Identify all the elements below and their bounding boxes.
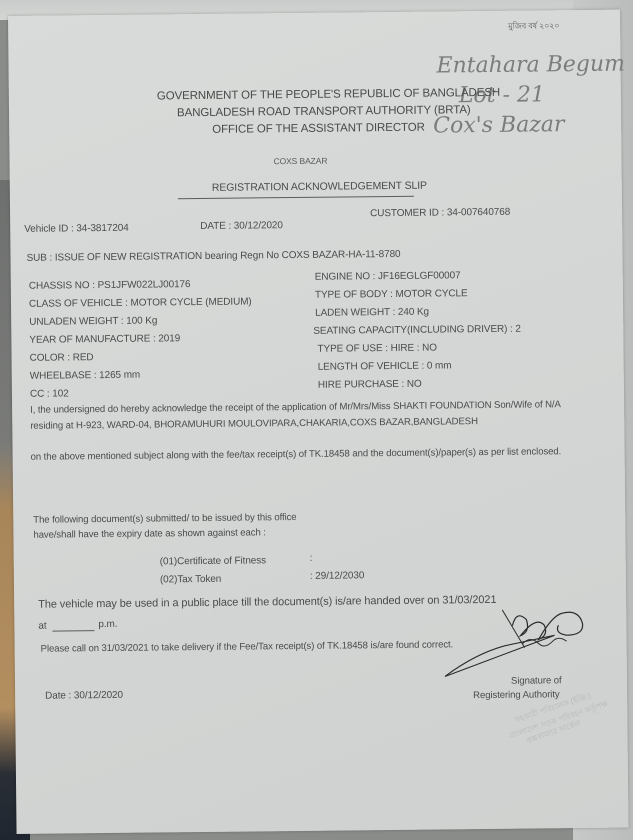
detail-laden-weight: LADEN WEIGHT : 240 Kg (315, 307, 429, 319)
detail-length: LENGTH OF VEHICLE : 0 mm (318, 360, 452, 372)
header-office: OFFICE OF THE ASSISTANT DIRECTOR (212, 122, 425, 136)
delivery-instructions: Please call on 31/03/2021 to take delive… (41, 639, 454, 654)
corner-note: মুজিব বর্ষ ২০২০ (508, 20, 559, 34)
time-suffix: p.m. (98, 619, 117, 630)
handwritten-name: Entahara Begum (436, 52, 625, 79)
time-blank (52, 630, 94, 631)
detail-year: YEAR OF MANUFACTURE : 2019 (29, 333, 180, 346)
detail-wheelbase: WHEELBASE : 1265 mm (30, 370, 140, 382)
header-government: GOVERNMENT OF THE PEOPLE'S REPUBLIC OF B… (157, 87, 500, 103)
slip-date: DATE : 30/12/2020 (200, 220, 283, 232)
header-office-location: COXS BAZAR (273, 156, 327, 167)
signature-label: Signature of (511, 675, 562, 687)
applicant-address: residing at H-923, WARD-04, BHORAMUHURI … (30, 416, 478, 432)
detail-chassis: CHASSIS NO : PS1JFW022LJ00176 (29, 279, 191, 292)
customer-id: CUSTOMER ID : 34-007640768 (370, 207, 510, 219)
document-name: (02)Tax Token (160, 574, 221, 586)
signature-authority-label: Registering Authority (473, 689, 560, 701)
slip-title: REGISTRATION ACKNOWLEDGEMENT SLIP (212, 180, 427, 194)
footer-date: Date : 30/12/2020 (45, 690, 123, 702)
detail-unladen-weight: UNLADEN WEIGHT : 100 Kg (29, 315, 157, 327)
acknowledgement-text: I, the undersigned do hereby acknowledge… (30, 399, 561, 416)
document-expiry: : 29/12/2030 (310, 570, 365, 582)
document-name: (01)Certificate of Fitness (160, 555, 266, 567)
document-expiry: : (310, 553, 313, 564)
detail-color: COLOR : RED (30, 352, 94, 364)
documents-intro-2: have/shall have the expiry date as shown… (33, 527, 265, 540)
time-prefix: at (38, 621, 46, 632)
signature-icon (434, 595, 595, 687)
detail-seating: SEATING CAPACITY(INCLUDING DRIVER) : 2 (313, 324, 521, 337)
header-brta: BANGLADESH ROAD TRANSPORT AUTHORITY (BRT… (177, 104, 471, 119)
detail-engine: ENGINE NO : JF16EGLGF00007 (315, 270, 461, 283)
documents-intro: The following document(s) submitted/ to … (33, 512, 296, 526)
public-use-statement: The vehicle may be used in a public plac… (38, 594, 496, 611)
fee-statement: on the above mentioned subject along wit… (31, 446, 562, 463)
detail-cc: CC : 102 (30, 388, 69, 399)
title-underline (178, 196, 414, 199)
detail-hire-purchase: HIRE PURCHASE : NO (318, 379, 422, 391)
detail-use-type: TYPE OF USE : HIRE : NO (317, 343, 436, 355)
acknowledgement-slip: মুজিব বর্ষ ২০২০ Entahara Begum Lot - 21 … (8, 10, 629, 834)
detail-body-type: TYPE OF BODY : MOTOR CYCLE (315, 288, 468, 301)
subject-line: SUB : ISSUE OF NEW REGISTRATION bearing … (26, 249, 400, 264)
detail-class: CLASS OF VEHICLE : MOTOR CYCLE (MEDIUM) (29, 296, 252, 309)
vehicle-id: Vehicle ID : 34-3817204 (24, 223, 129, 235)
